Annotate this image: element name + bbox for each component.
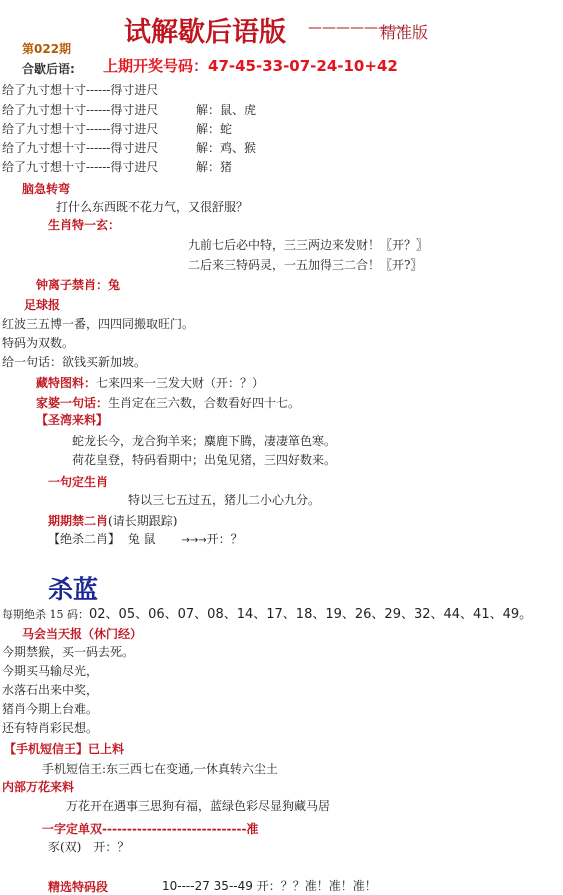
special-range-heading: 精选特码段	[48, 878, 108, 895]
ban-two-result: 开：？	[207, 532, 243, 546]
macau-line: 还有特肖彩民想。	[2, 719, 98, 736]
hidden-chart-row: 藏特图料：七来四来一三发大财（开：？）	[36, 372, 264, 391]
one-sentence-heading: 一句定生肖	[48, 473, 108, 490]
page-title: 试解歇后语版	[124, 10, 286, 49]
title-subtitle: 精准版	[380, 20, 428, 43]
sms-king-heading: 【手机短信王】已上料	[4, 740, 124, 757]
riddle-answer: 解：猪	[196, 158, 232, 175]
last-draw-numbers: 上期开奖号码：47-45-33-07-24-10+42	[103, 55, 398, 76]
one-sentence-text: 特以三七五过五，猪儿二小心九分。	[128, 491, 320, 508]
ban-zodiac: 钟离子禁肖：兔	[36, 276, 120, 293]
kill-blue-numbers: 02、05、06、07、08、14、17、18、19、26、29、32、44、4…	[89, 607, 532, 622]
brain-teaser-question: 打什么东西既不花力气，又很舒服？	[56, 198, 248, 215]
arrow-icon: →→→	[182, 535, 207, 546]
football-line: 给一句话：欲钱买新加坡。	[2, 353, 146, 370]
riddle-text: 给了九寸想十寸------得寸进尺	[2, 81, 158, 98]
kill-blue-heading: 杀蓝	[48, 570, 98, 606]
riddle-label: 合歇后语:	[22, 60, 75, 77]
football-line: 红波三五博一番，四四同搬取旺门。	[2, 315, 194, 332]
brain-teaser-heading: 脑急转弯	[22, 180, 70, 197]
macau-line: 水落石出来中奖，	[2, 681, 98, 698]
football-heading: 足球报	[24, 296, 60, 313]
macau-line: 今期禁猴，买一码去死。	[2, 643, 134, 660]
macau-line: 猪肖今期上台难。	[2, 700, 98, 717]
special-range-text: 10----27 35--49 开：？？准！准！准！	[162, 877, 377, 894]
kill-blue-row: 每期绝杀 15 码：02、05、06、07、08、14、17、18、19、26、…	[2, 603, 532, 622]
housekeeper-text: 生肖定在三六数，合数看好四十七。	[108, 396, 300, 410]
ban-two-animals: 兔 鼠	[128, 532, 156, 546]
riddle-answer: 解：蛇	[196, 120, 232, 137]
zodiac-mystery-line: 二后来三特码灵，一五加得三二合！〖开?〗	[188, 256, 422, 273]
odd-even-heading: 一字定单双-----------------------------准	[42, 820, 258, 837]
zodiac-mystery-heading: 生肖特一玄：	[48, 216, 120, 233]
ban-two-heading: 期期禁二肖	[48, 514, 108, 528]
riddle-text: 给了九寸想十寸------得寸进尺	[2, 120, 158, 137]
riddle-answer: 解：鼠、虎	[196, 101, 256, 118]
macau-heading: 马会当天报（休门经）	[22, 625, 142, 642]
ban-two-note: (请长期跟踪)	[108, 514, 177, 528]
kill-blue-label: 每期绝杀 15 码：	[2, 608, 89, 621]
taiwan-line: 荷花皇登，特码看期中；出兔见猪，三四好数来。	[72, 451, 336, 468]
ban-two-label: 【绝杀二肖】	[48, 532, 120, 546]
issue-number: 第022期	[22, 40, 71, 57]
riddle-text: 给了九寸想十寸------得寸进尺	[2, 158, 158, 175]
ban-two-row: 【绝杀二肖】 兔 鼠 →→→开：？	[48, 530, 243, 547]
sms-king-text: 手机短信王:东三西七在变通,一休真转六尘土	[42, 760, 278, 777]
inside-text: 万花开在遇事三思狗有福，蓝绿色彩尽显狗藏马居	[66, 797, 330, 814]
football-line: 特码为双数。	[2, 334, 74, 351]
inside-heading: 内部万花来料	[2, 778, 74, 795]
riddle-answer: 解：鸡、猴	[196, 139, 256, 156]
housekeeper-row: 家婆一句话：生肖定在三六数，合数看好四十七。	[36, 392, 300, 411]
hidden-chart-label: 藏特图料：	[36, 376, 96, 390]
taiwan-heading: 【圣湾来料】	[36, 411, 108, 428]
riddle-text: 给了九寸想十寸------得寸进尺	[2, 139, 158, 156]
odd-even-text: 豕(双) 开：？	[48, 838, 129, 855]
zodiac-mystery-line: 九前七后必中特，三三两边来发财！〖开？〗	[188, 236, 428, 253]
taiwan-line: 蛇龙长今，龙合狗羊来；麋鹿下腾，凄凄箪色寒。	[72, 432, 336, 449]
hidden-chart-text: 七来四来一三发大财（开：？）	[96, 376, 264, 390]
macau-line: 今期买马输尽光，	[2, 662, 98, 679]
ban-two-heading-row: 期期禁二肖(请长期跟踪)	[48, 510, 177, 529]
riddle-text: 给了九寸想十寸------得寸进尺	[2, 101, 158, 118]
housekeeper-label: 家婆一句话：	[36, 396, 108, 410]
